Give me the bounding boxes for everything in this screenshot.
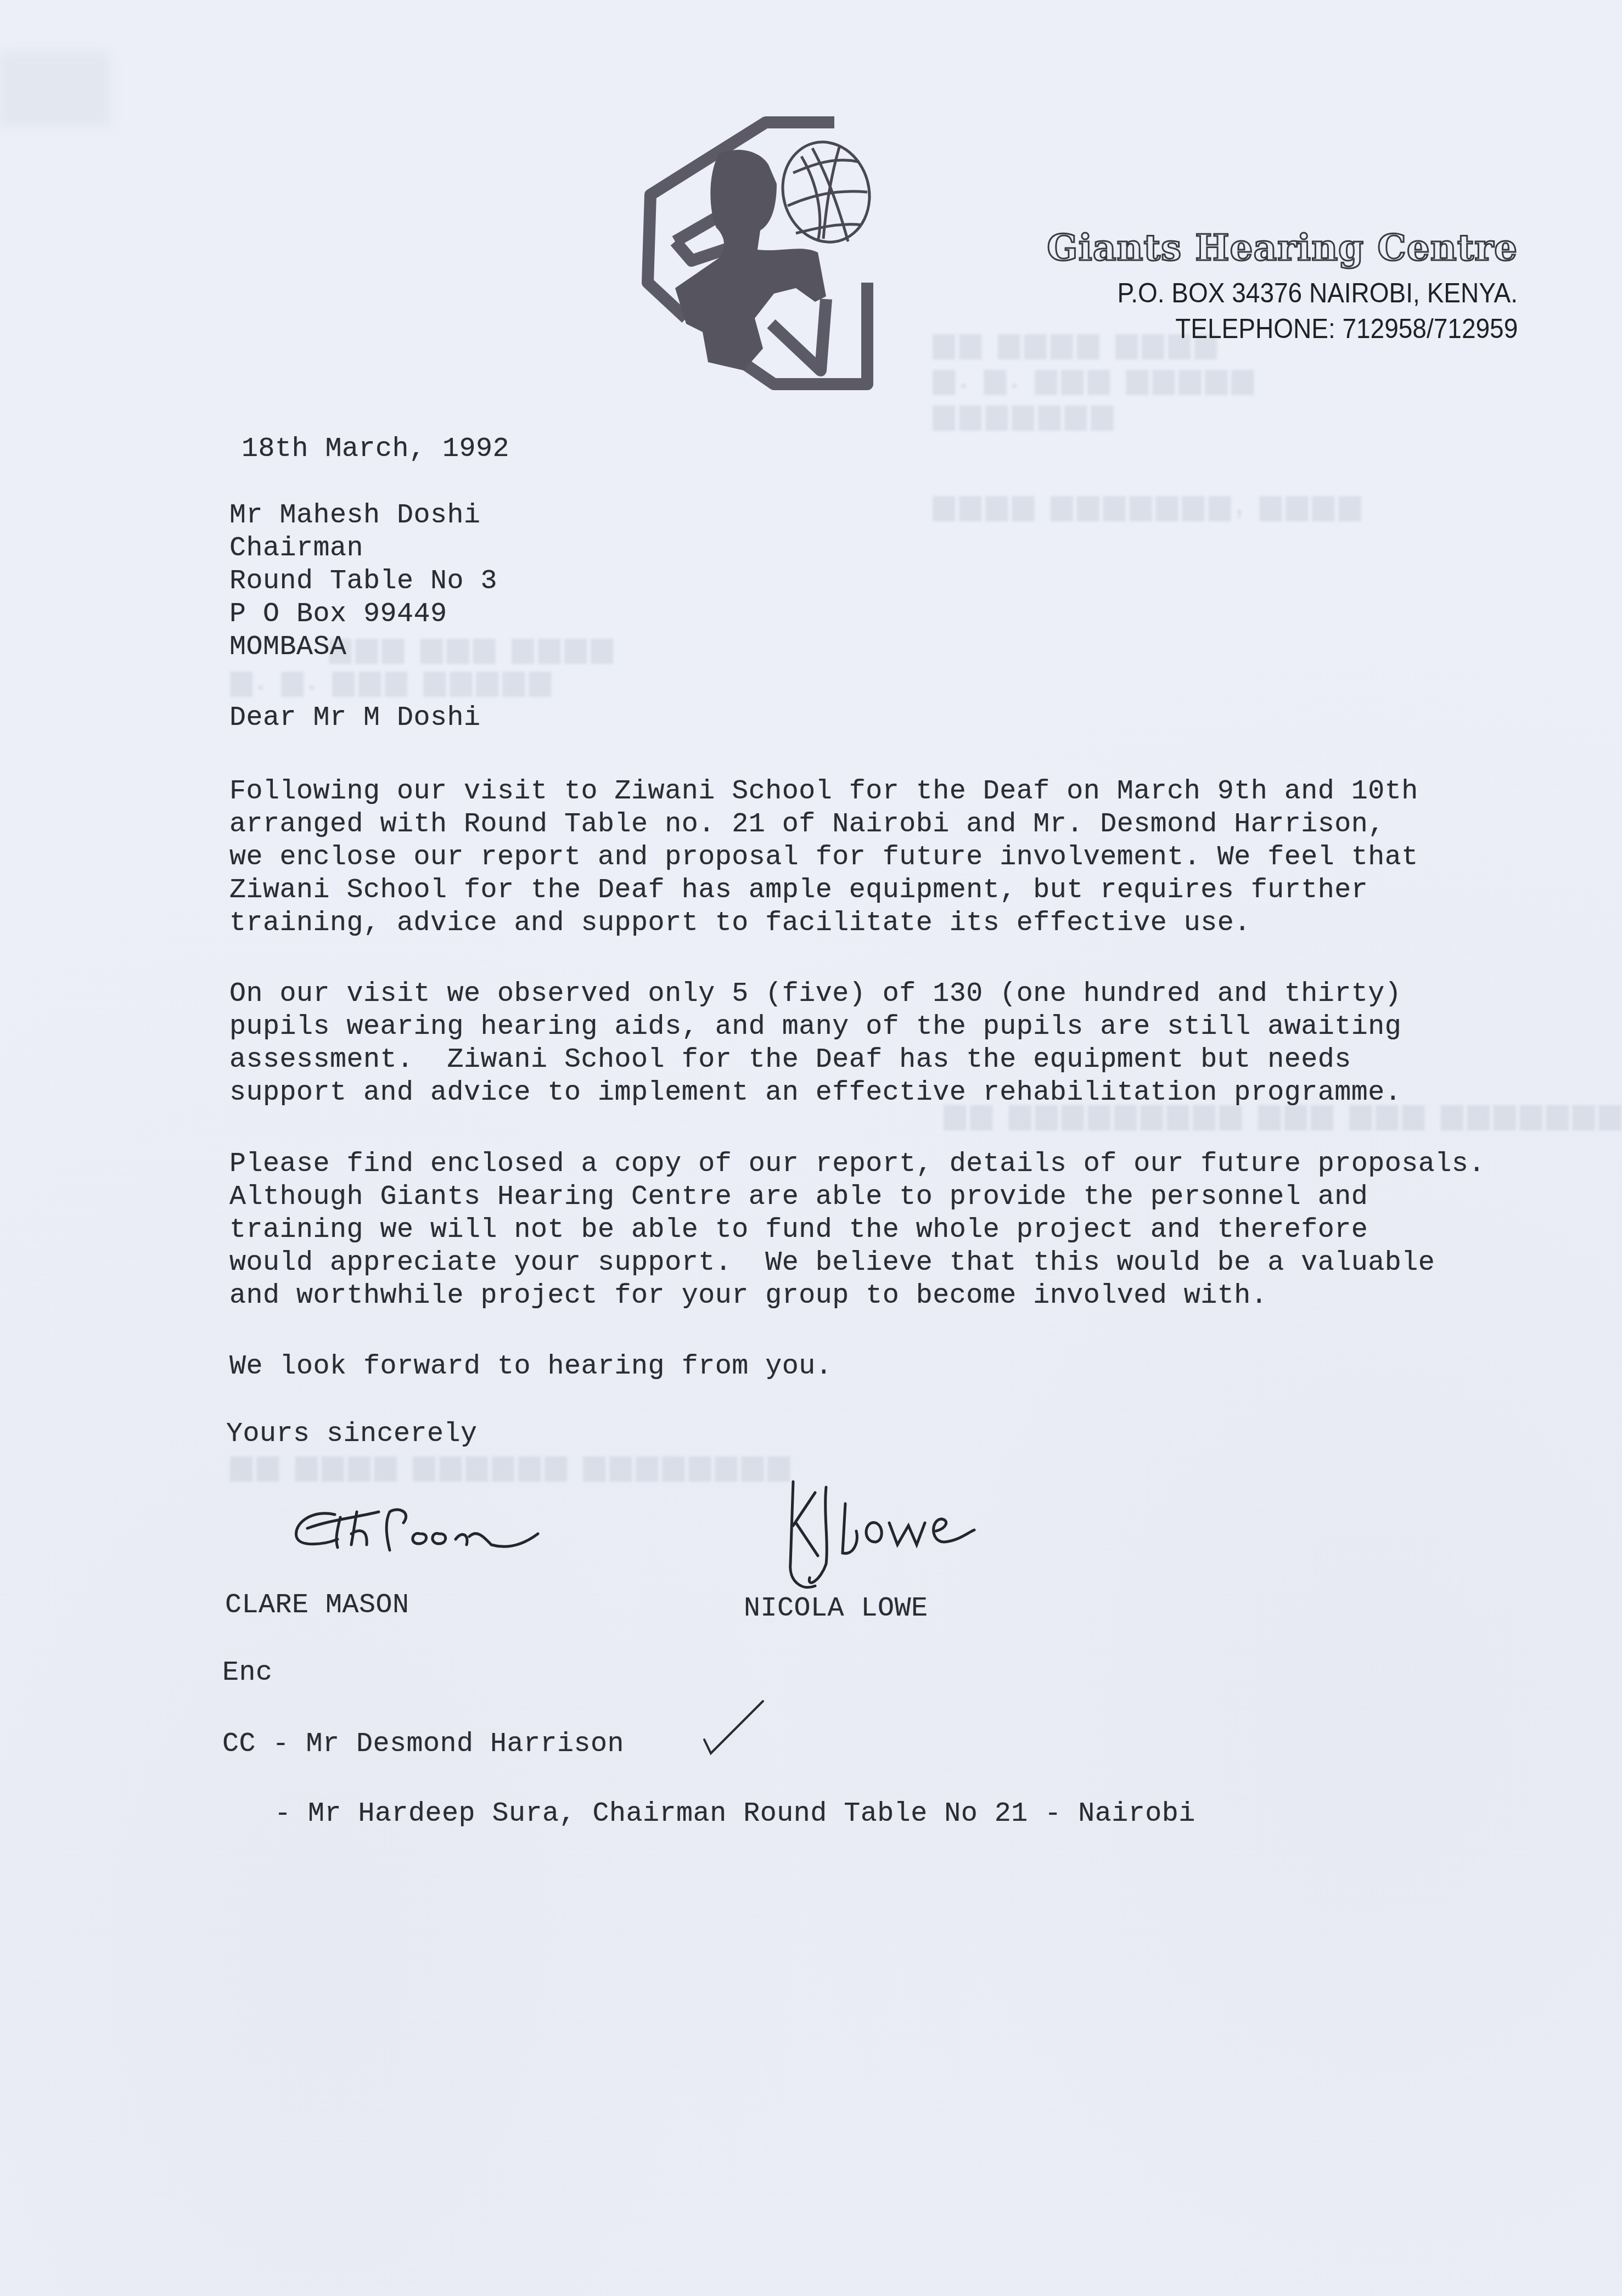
paragraph-line: Ziwani School for the Deaf has ample equ… [229,874,1418,907]
paragraph-line: On our visit we observed only 5 (five) o… [229,978,1401,1011]
scan-smudge [0,52,110,126]
recipient-po-box: P O Box 99449 [229,598,497,631]
person-with-globe-hexagon-logo [637,112,884,398]
salutation: Dear Mr M Doshi [229,702,481,734]
letter-page: ▆▆ ▆▆▆▆ ▆▆▆▆ ▆. ▆. ▆▆▆ ▆▆▆▆▆ ▆▆▆▆▆▆▆ ▆▆▆… [0,0,1622,2296]
organization-address: P.O. BOX 34376 NAIROBI, KENYA. [1117,277,1518,309]
letter-date: 18th March, 1992 [242,434,509,465]
paragraph-line: pupils wearing hearing aids, and many of… [229,1011,1401,1044]
organization-name: Giants Hearing Centre [1024,226,1518,269]
nicola-lowe-signature [777,1471,1007,1602]
handwritten-tick-icon [700,1698,766,1759]
enclosure-note: Enc [222,1657,273,1689]
paragraph-line: assessment. Ziwani School for the Deaf h… [229,1044,1401,1077]
bleed-through-text: ▆. ▆. ▆▆▆ ▆▆▆▆▆ [231,664,555,697]
paragraph-line: and worthwhile project for your group to… [229,1280,1485,1313]
paragraph-line: support and advice to implement an effec… [229,1077,1401,1110]
cc-recipient-1: CC - Mr Desmond Harrison [222,1729,624,1760]
bleed-through-text: ▆▆ ▆▆▆▆ ▆▆▆▆▆▆ ▆▆▆▆▆▆▆▆ [231,1449,794,1482]
clare-mason-signature [280,1490,587,1561]
paragraph-line: arranged with Round Table no. 21 of Nair… [229,808,1418,841]
bleed-through-text: ▆. ▆. ▆▆▆ ▆▆▆▆▆ [933,362,1258,395]
body-paragraph-2: On our visit we observed only 5 (five) o… [229,978,1401,1110]
sign-off: Yours sincerely [226,1419,478,1450]
paragraph-line: would appreciate your support. We believ… [229,1247,1485,1280]
bleed-through-text: ▆▆▆▆▆▆▆ [933,398,1118,431]
body-paragraph-1: Following our visit to Ziwani School for… [229,775,1418,940]
paragraph-line: training we will not be able to fund the… [229,1214,1485,1247]
closing-line: We look forward to hearing from you. [229,1351,832,1382]
paragraph-line: Although Giants Hearing Centre are able … [229,1181,1485,1214]
recipient-address: Mr Mahesh Doshi Chairman Round Table No … [229,499,497,664]
paragraph-line: Following our visit to Ziwani School for… [229,775,1418,808]
recipient-title: Chairman [229,532,497,565]
body-paragraph-3: Please find enclosed a copy of our repor… [229,1148,1485,1313]
paragraph-line: training, advice and support to facilita… [229,907,1418,940]
signatory-name-2: NICOLA LOWE [744,1593,928,1624]
recipient-organization: Round Table No 3 [229,565,497,598]
paragraph-line: we enclose our report and proposal for f… [229,841,1418,874]
bleed-through-text: ▆▆▆▆ ▆▆▆▆▆▆▆, ▆▆▆▆ [933,488,1365,521]
paragraph-line: Please find enclosed a copy of our repor… [229,1148,1485,1181]
organization-telephone: TELEPHONE: 712958/712959 [1175,313,1518,345]
cc-recipient-2: - Mr Hardeep Sura, Chairman Round Table … [274,1798,1196,1830]
recipient-city: MOMBASA [229,631,497,664]
recipient-name: Mr Mahesh Doshi [229,499,497,532]
signatory-name-1: CLARE MASON [225,1590,409,1621]
